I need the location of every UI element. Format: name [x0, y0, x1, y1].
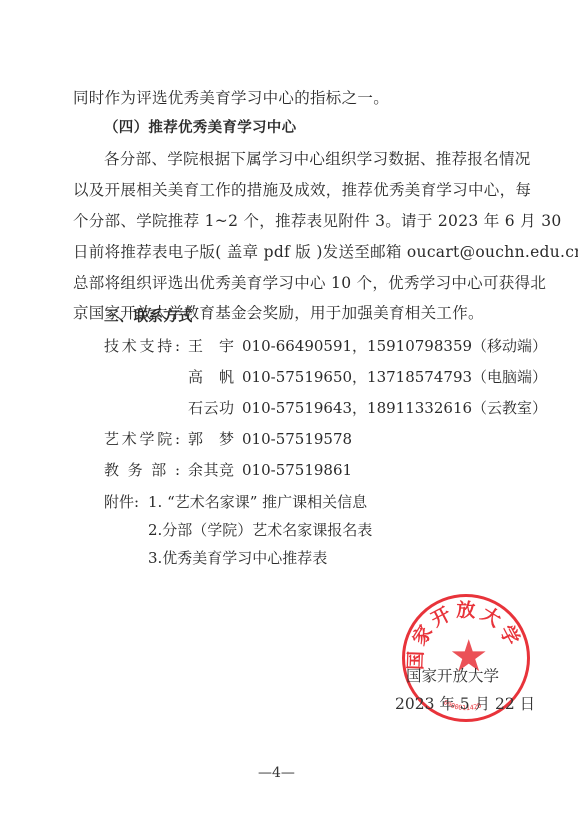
body-line: 以及开展相关美育工作的措施及成效，推荐优秀美育学习中心，每 — [73, 180, 513, 200]
attachment-item: 3.优秀美育学习中心推荐表 — [148, 548, 327, 568]
body-line: 各分部、学院根据下属学习中心组织学习数据、推荐报名情况 — [104, 149, 514, 169]
attachment-item: 1. “艺术名家课” 推广课相关信息 — [148, 492, 367, 512]
contact-row: 石云功010-57519643，18911332616（云教室） — [104, 398, 547, 418]
body-line: 总部将组织评选出优秀美育学习中心 10 个，优秀学习中心可获得北 — [73, 273, 513, 293]
contact-row: 艺术学院:郭 梦010-57519578 — [104, 429, 352, 449]
contact-phone: 010-57519643，18911332616（云教室） — [242, 398, 547, 418]
contact-label: 艺术学院: — [104, 429, 180, 449]
contact-label: 教务部: — [104, 460, 180, 480]
page-number: —4— — [258, 765, 295, 781]
section-heading: 三、联系方式 — [104, 307, 193, 327]
contact-name: 郭 梦 — [188, 429, 234, 449]
contact-phone: 010-57519650，13718574793（电脑端） — [242, 367, 547, 387]
contact-label: 技术支持: — [104, 336, 180, 356]
signature-date: 2023 年 5 月 22 日 — [395, 694, 535, 714]
attachment-item: 2.分部（学院）艺术名家课报名表 — [148, 520, 372, 540]
contact-row: 技术支持:王 宇010-66490591，15910798359（移动端） — [104, 336, 547, 356]
contact-name: 石云功 — [188, 398, 234, 418]
contact-name: 高 帆 — [188, 367, 234, 387]
contact-row: 高 帆010-57519650，13718574793（电脑端） — [104, 367, 547, 387]
contact-name: 王 宇 — [188, 336, 234, 356]
contact-name: 余其竞 — [188, 460, 234, 480]
signature-org: 国家开放大学 — [406, 666, 499, 686]
body-line: 个分部、学院推荐 1~2 个，推荐表见附件 3。请于 2023 年 6 月 30 — [73, 211, 513, 231]
body-line: 同时作为评选优秀美育学习中心的指标之一。 — [73, 88, 389, 108]
attachments-label: 附件: — [104, 492, 139, 512]
body-line: 日前将推荐表电子版( 盖章 pdf 版 )发送至邮箱 oucart@ouchn.… — [73, 242, 513, 262]
subsection-heading: （四）推荐优秀美育学习中心 — [104, 118, 296, 138]
contact-phone: 010-57519861 — [242, 460, 352, 480]
contact-row: 教务部:余其竞010-57519861 — [104, 460, 352, 480]
contact-phone: 010-66490591，15910798359（移动端） — [242, 336, 547, 356]
contact-phone: 010-57519578 — [242, 429, 352, 449]
